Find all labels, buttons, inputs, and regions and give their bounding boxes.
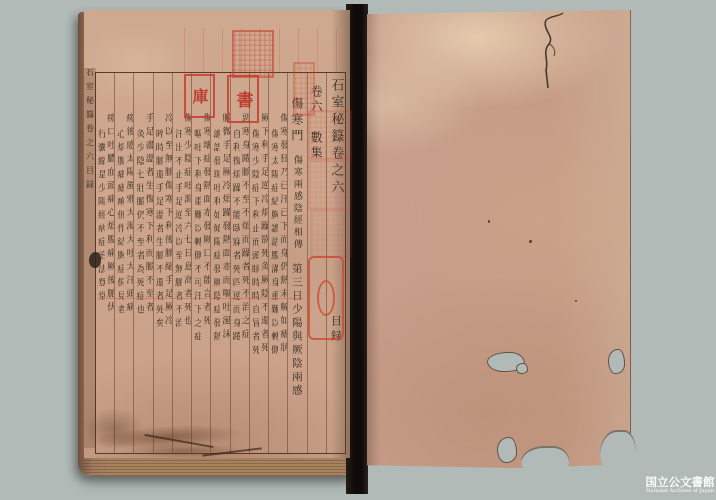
toc-column: 厥下利手足逆冷煩躁欲死灸厥陰不還者死 傷寒少陰症下利止而頭眩時時自冒者死 — [249, 73, 268, 453]
toc-entry: 瘥口吐膿血頭痛心煩腹痛厥後脈伏 — [105, 113, 114, 453]
toc-entry: 脈微手足厥冷煩躁發熱面赤而嘔吐涎沫 — [221, 113, 230, 453]
toc-section-column: 傷寒門傷寒兩感陰經相傳第三日少陽與厥陰兩感 — [287, 73, 306, 453]
toc-entry: 譫語發斑吐利如傾陽症發厥陰症發熱 — [211, 129, 220, 453]
toc-column: 傷寒發狂乃已汗已下而身仍熱未解如瘧狀 傷寒太陽症結胸譫語腹滿身重難以轉側 — [268, 73, 287, 453]
toc-entry: 灸少陰七壯脈仍不至者為死症也 — [134, 129, 143, 453]
toc-entry: 汗出不止手足逆冷以至無脈者不治 — [173, 129, 182, 453]
red-seal-outline — [308, 256, 344, 340]
worm-hole — [516, 363, 528, 374]
foxing-speck — [575, 300, 577, 302]
toc-entry: 惡寒身踡脈不至不煩而躁者死不治之症 — [240, 113, 249, 453]
toc-entry: 傷寒少陰症吐瀉至六七日息高者死也 — [182, 113, 191, 453]
toc-column: 傷寒少陰症吐瀉至六七日息高者死也 汗出不止手足逆冷以至無脈者不治 — [172, 73, 191, 453]
edge-damage-notch — [521, 446, 569, 474]
worm-hole — [497, 437, 517, 463]
toc-entry: 行囊縮是少陽經病症治法登堂 — [96, 129, 105, 453]
red-seal-stamp-faded — [310, 210, 352, 258]
red-seal-stamp — [232, 30, 274, 78]
toc-column: 手足盡溫者生復寒下利而脈不至者 灸少陰七壯脈仍不至者為死症也 — [133, 73, 152, 453]
worm-hole — [608, 349, 625, 374]
toc-column: 冷以至無脈傷寒下利後脈絕手足厥冷 晬時脈還手足溫者生脈不還者死矣 — [153, 73, 172, 453]
toc-entry: 冷以至無脈傷寒下利後脈絕手足厥冷 — [163, 113, 172, 453]
toc-entry: 傷寒太陽症結胸譫語腹滿身重難以轉側 — [269, 129, 278, 453]
foxing-speck — [488, 220, 490, 223]
toc-entry: 瘥後感太陽風邪大渴大吐大汗頭痛 — [124, 113, 133, 453]
toc-entry: 厥下利手足逆冷煩躁欲死灸厥陰不還者死 — [259, 113, 268, 453]
red-seal-stamp: 書 — [227, 75, 259, 123]
stain-blotch — [84, 408, 144, 450]
toc-entry: 傷寒少陰症下利止而頭眩時時自冒者死 — [250, 129, 259, 453]
right-page — [367, 10, 631, 468]
toc-entry: 自利復煩躁不能臥寐者死四逆而身踡 — [231, 129, 240, 453]
toc-column: 傷寒壞症發熱面赤發厥口不能言者死 嘔吐下利身重難以轉側不可汗下之症 — [191, 73, 210, 453]
toc-entry: 心煩腹痛瘧痢併作結胸症俱見者 — [115, 129, 124, 453]
paper-tear-mark — [528, 12, 578, 96]
toc-column: 瘥後感太陽風邪大渴大吐大汗頭痛 心煩腹痛瘧痢併作結胸症俱見者 — [114, 73, 133, 453]
toc-entry: 第三日少陽與厥陰兩感 — [291, 263, 303, 398]
toc-column: 脈微手足厥冷煩躁發熱面赤而嘔吐涎沫 譫語發斑吐利如傾陽症發厥陰症發熱 — [210, 73, 229, 453]
toc-entry: 嘔吐下利身重難以轉側不可汗下之症 — [192, 129, 201, 453]
toc-entry: 晬時脈還手足溫者生脈不還者死矣 — [154, 129, 163, 453]
seal-character: 書 — [231, 91, 256, 108]
toc-entry: 傷寒壞症發熱面赤發厥口不能言者死 — [201, 113, 210, 453]
toc-entry: 手足盡溫者生復寒下利而脈不至者 — [144, 113, 153, 453]
toc-entry: 傷寒發狂乃已汗已下而身仍熱未解如瘧狀 — [278, 113, 287, 453]
red-seal-stamp-faded — [293, 62, 315, 116]
red-seal-stamp-faded — [308, 160, 352, 210]
bleed-through-line — [98, 298, 303, 299]
seal-inner-shape — [317, 280, 335, 316]
red-seal-stamp-faded — [308, 110, 352, 160]
left-page: 石室秘籙卷之六目録 石室秘籙卷之六目録 卷六數集 傷寒門傷寒兩感陰經相傳第三日少… — [84, 10, 350, 458]
watermark-english: National Archives of Japan — [645, 488, 715, 494]
toc-entry: 傷寒兩感陰經相傳 — [292, 155, 302, 251]
seal-character: 庫 — [188, 88, 211, 104]
ink-smudge — [89, 252, 101, 268]
edge-damage-notch — [600, 430, 636, 472]
archive-watermark: 国立公文書館 National Archives of Japan — [645, 476, 715, 494]
red-seal-stamp: 庫 — [184, 74, 215, 118]
toc-column: 惡寒身踡脈不至不煩而躁者死不治之症 自利復煩躁不能臥寐者死四逆而身踡 — [230, 73, 249, 453]
foxing-speck — [529, 240, 532, 243]
watermark-japanese: 国立公文書館 — [645, 476, 715, 488]
